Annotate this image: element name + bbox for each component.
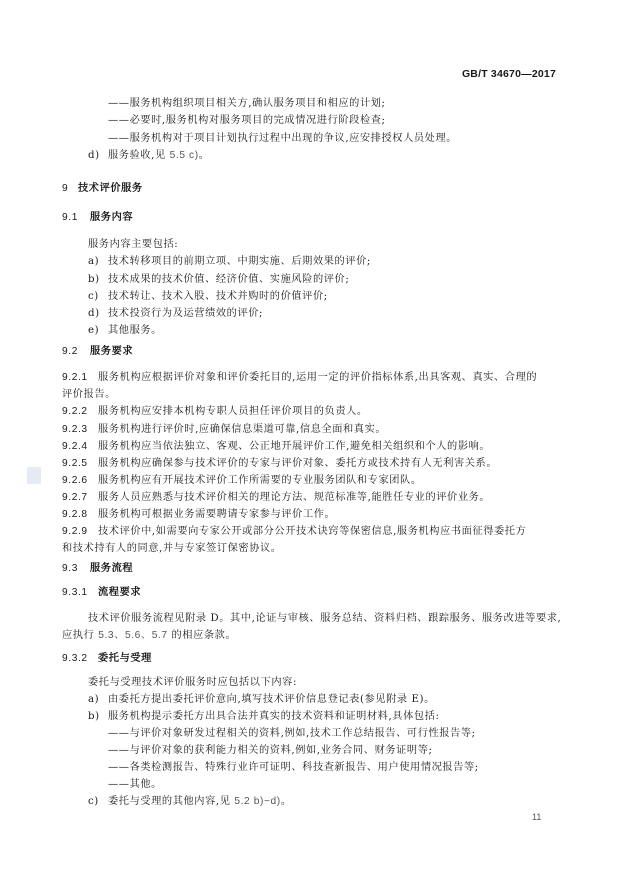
section-title: 技术评价服务 [78, 183, 143, 194]
list-label: a) [88, 693, 108, 707]
section-heading-9-2: 9.2服务要求 [62, 345, 133, 359]
section-title: 委托与受理 [98, 653, 152, 664]
section-number: 9.3.1 [62, 586, 98, 600]
list-label: c) [88, 795, 108, 809]
section-title: 服务内容 [90, 212, 133, 223]
list-label: d) [88, 307, 108, 321]
clause-9-2-3: 9.2.3服务机构进行评价时,应确保信息渠道可靠,信息全面和真实。 [62, 423, 386, 437]
clause-9-2-8: 9.2.8服务机构可根据业务需要聘请专家参与评价工作。 [62, 508, 335, 522]
list-label: d) [88, 149, 108, 163]
document-page: GB/T 34670—2017 ——服务机构组织项目相关方,确认服务项目和相应的… [0, 0, 618, 875]
list-label: c) [88, 290, 108, 304]
intro-text: 服务内容主要包括: [88, 238, 178, 252]
list-text: 技术成果的技术价值、经济价值、实施风险的评价; [108, 274, 349, 285]
dash-item: ——各类检测报告、特殊行业许可证明、科技查新报告、用户使用情况报告等; [108, 761, 479, 775]
list-text: 委托与受理的其他内容,见 [108, 796, 234, 807]
list-text: 服务验收,见 [108, 150, 170, 161]
punctuation: 。 [281, 796, 292, 807]
clause-number: 9.2.3 [62, 423, 98, 437]
list-item: b)服务机构提示委托方出具合法并真实的技术资料和证明材料,具体包括: [88, 710, 440, 724]
section-heading-9-3-2: 9.3.2委托与受理 [62, 652, 152, 666]
clause-number: 9.2.4 [62, 440, 98, 454]
dash-item: ——与评价对象研发过程相关的资料,例如,技术工作总结报告、可行性报告等; [108, 727, 476, 741]
section-number: 9.2 [62, 345, 90, 359]
cross-reference: 5.5 c) [170, 150, 199, 161]
clause-9-2-9: 9.2.9技术评价中,如需要向专家公开或部分公开技术诀窍等保密信息,服务机构应书… [62, 525, 526, 539]
list-text: 由委托方提出委托评价意向,填写技术评价信息登记表(参见附录 E)。 [108, 694, 435, 705]
clause-text: 服务机构应安排本机构专职人员担任评价项目的负责人。 [98, 406, 368, 417]
dash-item: ——必要时,服务机构对服务项目的完成情况进行阶段检查; [108, 114, 386, 128]
clause-text: 服务机构可根据业务需要聘请专家参与评价工作。 [98, 509, 335, 520]
list-item: d)技术投资行为及运营绩效的评价; [88, 307, 263, 321]
clause-9-2-6: 9.2.6服务机构应有开展技术评价工作所需要的专业服务团队和专家团队。 [62, 474, 422, 488]
paragraph-text: 应执行 [62, 630, 98, 641]
dash-item: ——其他。 [108, 778, 162, 792]
list-label: a) [88, 255, 108, 269]
clause-number: 9.2.6 [62, 474, 98, 488]
clause-text: 服务机构进行评价时,应确保信息渠道可靠,信息全面和真实。 [98, 424, 386, 435]
section-number: 9.1 [62, 211, 90, 225]
dash-item: ——与评价对象的获利能力相关的资料,例如,业务合同、财务证明等; [108, 744, 433, 758]
clause-number: 9.2.7 [62, 491, 98, 505]
clause-9-2-2: 9.2.2服务机构应安排本机构专职人员担任评价项目的负责人。 [62, 405, 368, 419]
punctuation: 。 [199, 150, 210, 161]
cross-reference: 5.2 b)~d) [234, 796, 280, 807]
clause-text: 服务机构应当依法独立、客观、公正地开展评价工作,避免相关组织和个人的影响。 [98, 441, 490, 452]
clause-9-2-7: 9.2.7服务人员应熟悉与技术评价相关的理论方法、规范标准等,能胜任专业的评价业… [62, 491, 490, 505]
section-number: 9.3.2 [62, 652, 98, 666]
clause-text: 服务机构应确保参与技术评价的专家与评价对象、委托方或技术持有人无利害关系。 [98, 458, 497, 469]
page-number: 11 [532, 812, 541, 822]
clause-text: 服务机构应根据评价对象和评价委托目的,运用一定的评价指标体系,出具客观、真实、合… [98, 372, 537, 383]
list-item: a)技术转移项目的前期立项、中期实施、后期效果的评价; [88, 255, 371, 269]
list-item: e)其他服务。 [88, 324, 162, 338]
cross-reference: 5.3、5.6、5.7 [98, 630, 167, 641]
clause-number: 9.2.8 [62, 508, 98, 522]
clause-text: 服务人员应熟悉与技术评价相关的理论方法、规范标准等,能胜任专业的评价业务。 [98, 492, 490, 503]
list-text: 服务机构提示委托方出具合法并真实的技术资料和证明材料,具体包括: [108, 711, 440, 722]
clause-9-2-1: 9.2.1服务机构应根据评价对象和评价委托目的,运用一定的评价指标体系,出具客观… [62, 371, 537, 385]
clause-continuation: 评价报告。 [62, 388, 116, 402]
paragraph-line: 技术评价服务流程见附录 D。其中,论证与审核、服务总结、资料归档、跟踪服务、服务… [88, 612, 561, 626]
clause-number: 9.2.9 [62, 525, 98, 539]
section-title: 流程要求 [98, 587, 141, 598]
clause-9-2-5: 9.2.5服务机构应确保参与技术评价的专家与评价对象、委托方或技术持有人无利害关… [62, 457, 497, 471]
clause-text: 技术评价中,如需要向专家公开或部分公开技术诀窍等保密信息,服务机构应书面征得委托… [98, 526, 526, 537]
intro-text: 委托与受理技术评价服务时应包括以下内容: [88, 676, 297, 690]
clause-text: 服务机构应有开展技术评价工作所需要的专业服务团队和专家团队。 [98, 475, 422, 486]
clause-number: 9.2.5 [62, 457, 98, 471]
section-number: 9.3 [62, 562, 90, 576]
section-title: 服务流程 [90, 563, 133, 574]
paragraph-line: 应执行 5.3、5.6、5.7 的相应条款。 [62, 629, 236, 643]
list-label: b) [88, 273, 108, 287]
clause-9-2-4: 9.2.4服务机构应当依法独立、客观、公正地开展评价工作,避免相关组织和个人的影… [62, 440, 490, 454]
list-item: c)技术转让、技术入股、技术并购时的价值评价; [88, 290, 328, 304]
section-title: 服务要求 [90, 346, 133, 357]
list-item-d: d)服务验收,见 5.5 c)。 [88, 149, 210, 163]
list-item: b)技术成果的技术价值、经济价值、实施风险的评价; [88, 273, 349, 287]
list-label: e) [88, 324, 108, 338]
list-item: a)由委托方提出委托评价意向,填写技术评价信息登记表(参见附录 E)。 [88, 693, 435, 707]
section-heading-9-3: 9.3服务流程 [62, 562, 133, 576]
list-text: 技术转让、技术入股、技术并购时的价值评价; [108, 291, 328, 302]
list-text: 技术转移项目的前期立项、中期实施、后期效果的评价; [108, 256, 371, 267]
dash-item: ——服务机构组织项目相关方,确认服务项目和相应的计划; [108, 97, 386, 111]
paragraph-text: 的相应条款。 [168, 630, 237, 641]
list-label: b) [88, 710, 108, 724]
clause-number: 9.2.1 [62, 371, 98, 385]
clause-continuation: 和技术持有人的同意,并与专家签订保密协议。 [62, 542, 282, 556]
section-number: 9 [62, 182, 78, 196]
list-text: 技术投资行为及运营绩效的评价; [108, 308, 263, 319]
section-heading-9: 9技术评价服务 [62, 182, 143, 196]
section-heading-9-3-1: 9.3.1流程要求 [62, 586, 141, 600]
dash-item: ——服务机构对于项目计划执行过程中出现的争议,应安排授权人员处理。 [108, 132, 457, 146]
standard-code-header: GB/T 34670—2017 [462, 68, 556, 80]
list-item: c)委托与受理的其他内容,见 5.2 b)~d)。 [88, 795, 292, 809]
section-heading-9-1: 9.1服务内容 [62, 211, 133, 225]
watermark-mark [27, 467, 41, 484]
list-text: 其他服务。 [108, 325, 162, 336]
clause-number: 9.2.2 [62, 405, 98, 419]
